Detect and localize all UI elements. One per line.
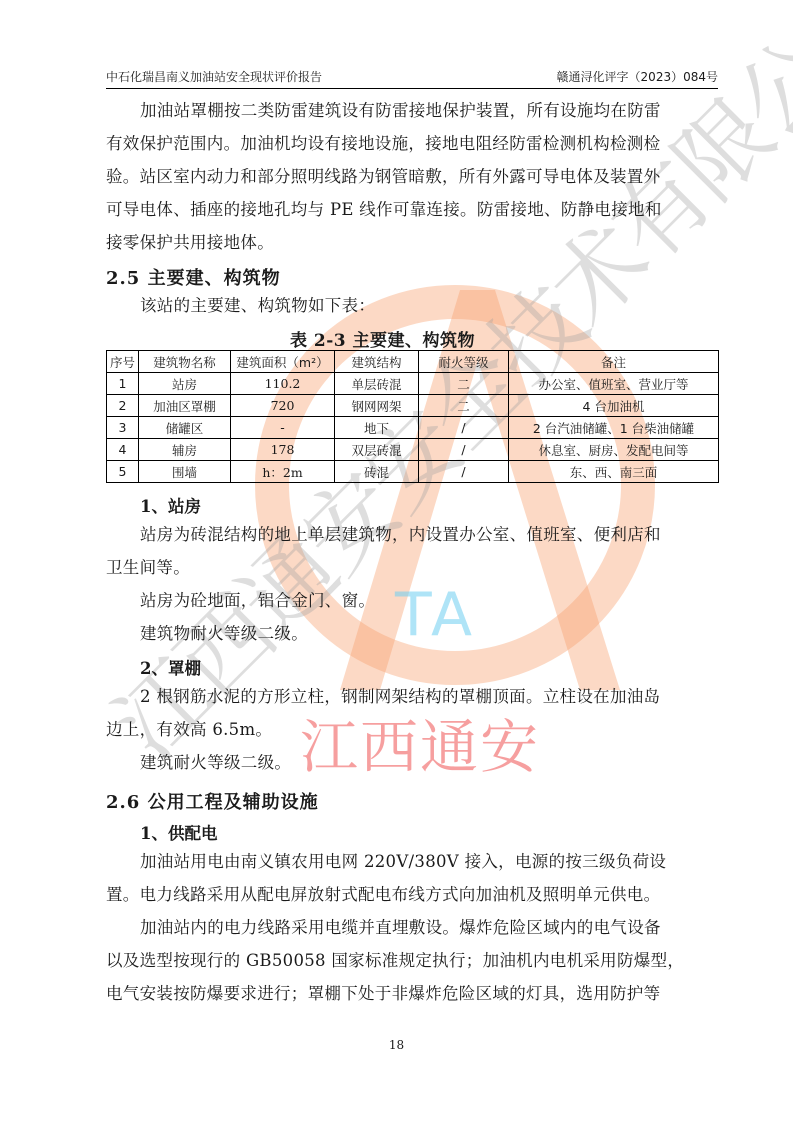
- table-cell: 站房: [139, 373, 231, 395]
- table-cell: 双层砖混: [335, 439, 419, 461]
- table-caption: 表 2-3 主要建、构筑物: [290, 326, 475, 351]
- table-cell: 砖混: [335, 461, 419, 483]
- text-line: 验。站区室内动力和部分照明线路为钢管暗敷，所有外露可导电体及装置外: [106, 160, 718, 193]
- table-cell: 4: [107, 439, 139, 461]
- table-cell: 围墙: [139, 461, 231, 483]
- table-cell: 加油区罩棚: [139, 395, 231, 417]
- column-header: 建筑结构: [335, 351, 419, 373]
- text-line: 有效保护范围内。加油机均设有接地设施，接地电阻经防雷检测机构检测检: [106, 127, 718, 160]
- table-cell: 二: [419, 373, 509, 395]
- column-header: 建筑面积（m²）: [231, 351, 335, 373]
- subheading-power-supply: 1、供配电: [140, 820, 217, 844]
- text-line: 站房为砼地面，铝合金门、窗。: [106, 584, 718, 617]
- text-line: 加油站用电由南义镇农用电网 220V/380V 接入，电源的按三级负荷设: [106, 845, 718, 878]
- text-line: 2 根钢筋水泥的方形立柱，钢制网架结构的罩棚顶面。立柱设在加油岛: [106, 680, 718, 713]
- text-line: 边上，有效高 6.5m。: [106, 713, 718, 746]
- table-cell: 钢网网架: [335, 395, 419, 417]
- buildings-table: 序号 建筑物名称 建筑面积（m²） 建筑结构 耐火等级 备注 1 站房 110.…: [106, 350, 719, 483]
- page-header: 中石化瑞昌南义加油站安全现状评价报告 赣通浔化评字（2023）084号: [106, 68, 718, 89]
- text-line: 该站的主要建、构筑物如下表：: [106, 289, 718, 322]
- table-cell: /: [419, 417, 509, 439]
- table-cell: 720: [231, 395, 335, 417]
- table-cell: 储罐区: [139, 417, 231, 439]
- table-cell: h：2m: [231, 461, 335, 483]
- table-cell: /: [419, 461, 509, 483]
- table-cell: 辅房: [139, 439, 231, 461]
- section-2-5-intro: 该站的主要建、构筑物如下表：: [106, 289, 718, 322]
- table-cell: 2: [107, 395, 139, 417]
- text-line: 卫生间等。: [106, 551, 718, 584]
- page-number: 18: [0, 1038, 793, 1052]
- table-cell: 地下: [335, 417, 419, 439]
- column-header: 耐火等级: [419, 351, 509, 373]
- table-row: 1 站房 110.2 单层砖混 二 办公室、值班室、营业厅等: [107, 373, 719, 395]
- table-cell: 二: [419, 395, 509, 417]
- text-line: 建筑物耐火等级二级。: [106, 617, 718, 650]
- table-cell: -: [231, 417, 335, 439]
- text-line: 站房为砖混结构的地上单层建筑物，内设置办公室、值班室、便利店和: [106, 518, 718, 551]
- section-heading-2-6: 2.6 公用工程及辅助设施: [106, 788, 319, 814]
- text-line: 建筑耐火等级二级。: [106, 746, 718, 779]
- table-cell: 东、西、南三面: [509, 461, 719, 483]
- subheading-canopy: 2、罩棚: [140, 655, 201, 679]
- subheading-station-house: 1、站房: [140, 493, 201, 517]
- table-cell: /: [419, 439, 509, 461]
- table-cell: 3: [107, 417, 139, 439]
- table-cell: 办公室、值班室、营业厅等: [509, 373, 719, 395]
- table-row: 5 围墙 h：2m 砖混 / 东、西、南三面: [107, 461, 719, 483]
- text-line: 置。电力线路采用从配电屏放射式配电布线方式向加油机及照明单元供电。: [106, 878, 718, 911]
- canopy-paragraph: 2 根钢筋水泥的方形立柱，钢制网架结构的罩棚顶面。立柱设在加油岛 边上，有效高 …: [106, 680, 718, 779]
- header-doc-number: 赣通浔化评字（2023）084号: [557, 68, 718, 85]
- table-cell: 单层砖混: [335, 373, 419, 395]
- station-house-paragraph: 站房为砖混结构的地上单层建筑物，内设置办公室、值班室、便利店和 卫生间等。 站房…: [106, 518, 718, 650]
- table-row: 3 储罐区 - 地下 / 2 台汽油储罐、1 台柴油储罐: [107, 417, 719, 439]
- column-header: 序号: [107, 351, 139, 373]
- section-heading-2-5: 2.5 主要建、构筑物: [106, 264, 281, 290]
- table-header-row: 序号 建筑物名称 建筑面积（m²） 建筑结构 耐火等级 备注: [107, 351, 719, 373]
- intro-paragraph: 加油站罩棚按二类防雷建筑设有防雷接地保护装置，所有设施均在防雷 有效保护范围内。…: [106, 94, 718, 259]
- page-content: 中石化瑞昌南义加油站安全现状评价报告 赣通浔化评字（2023）084号 加油站罩…: [0, 0, 793, 1122]
- table-row: 2 加油区罩棚 720 钢网网架 二 4 台加油机: [107, 395, 719, 417]
- table-cell: 178: [231, 439, 335, 461]
- column-header: 备注: [509, 351, 719, 373]
- text-line: 以及选型按现行的 GB50058 国家标准规定执行；加油机内电机采用防爆型，: [106, 944, 718, 977]
- table-cell: 110.2: [231, 373, 335, 395]
- power-supply-paragraph: 加油站用电由南义镇农用电网 220V/380V 接入，电源的按三级负荷设 置。电…: [106, 845, 718, 1010]
- text-line: 可导电体、插座的接地孔均与 PE 线作可靠连接。防雷接地、防静电接地和: [106, 193, 718, 226]
- table-cell: 休息室、厨房、发配电间等: [509, 439, 719, 461]
- table-row: 4 辅房 178 双层砖混 / 休息室、厨房、发配电间等: [107, 439, 719, 461]
- text-line: 加油站罩棚按二类防雷建筑设有防雷接地保护装置，所有设施均在防雷: [106, 94, 718, 127]
- header-doc-title: 中石化瑞昌南义加油站安全现状评价报告: [106, 68, 322, 85]
- table-cell: 5: [107, 461, 139, 483]
- table-cell: 2 台汽油储罐、1 台柴油储罐: [509, 417, 719, 439]
- text-line: 电气安装按防爆要求进行；罩棚下处于非爆炸危险区域的灯具，选用防护等: [106, 977, 718, 1010]
- text-line: 接零保护共用接地体。: [106, 226, 718, 259]
- table-cell: 1: [107, 373, 139, 395]
- text-line: 加油站内的电力线路采用电缆并直埋敷设。爆炸危险区域内的电气设备: [106, 911, 718, 944]
- table-cell: 4 台加油机: [509, 395, 719, 417]
- column-header: 建筑物名称: [139, 351, 231, 373]
